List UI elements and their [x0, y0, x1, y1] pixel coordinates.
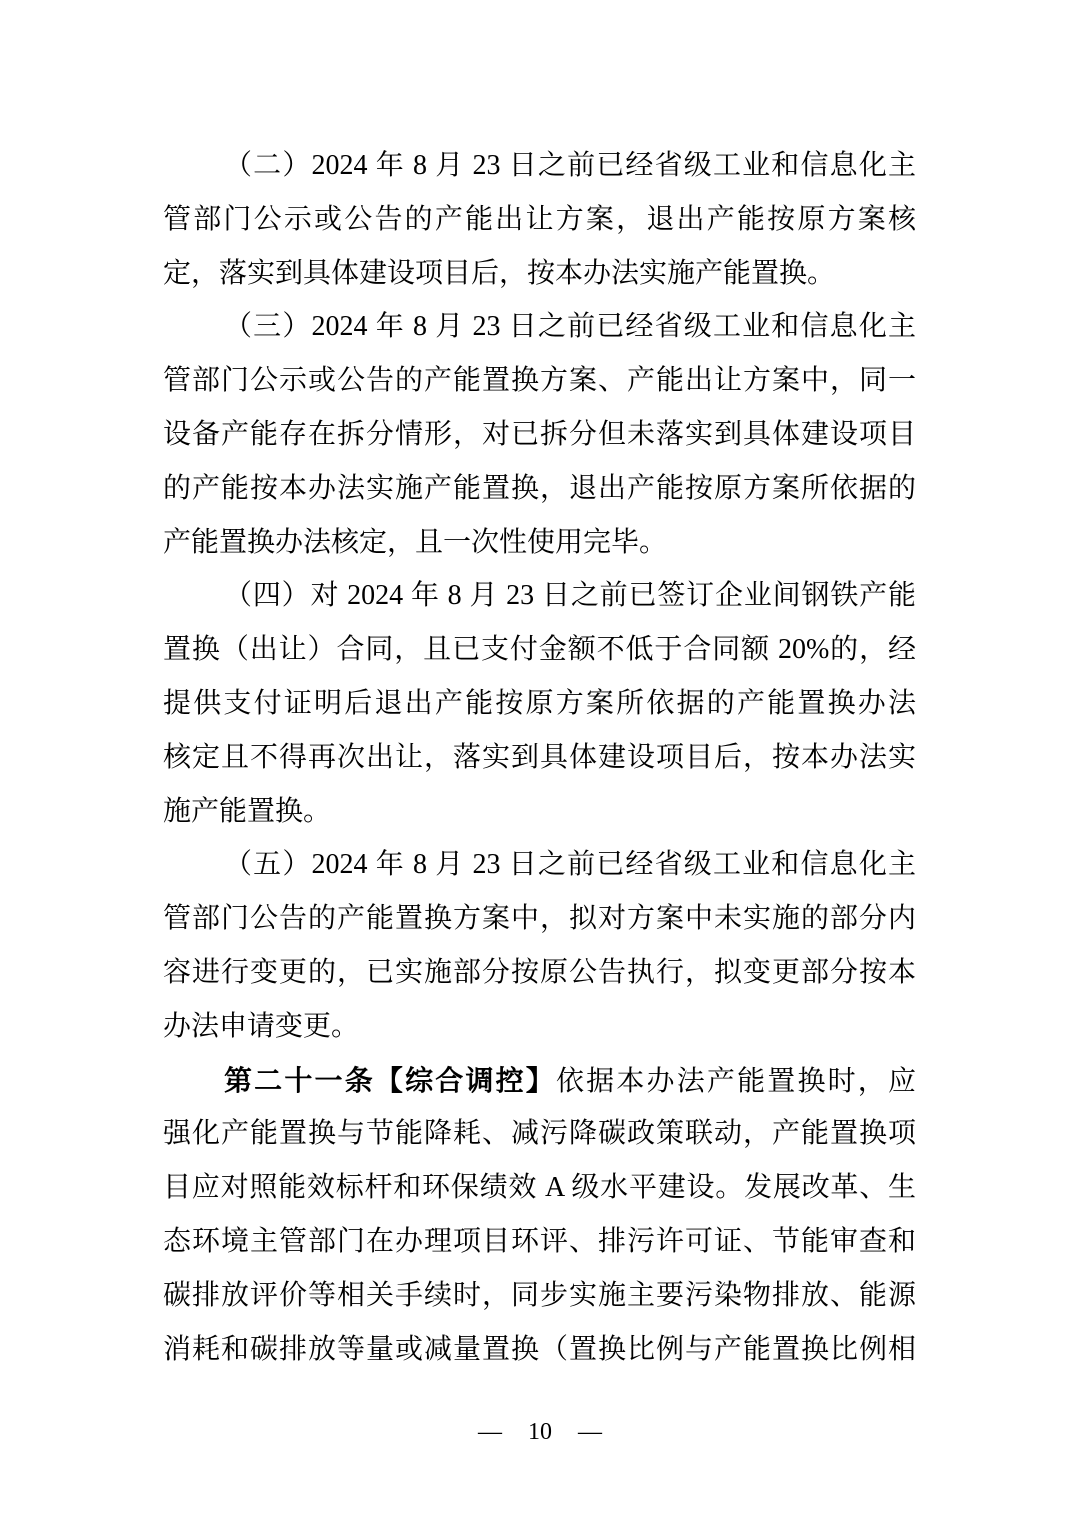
paragraph-line: 碳排放评价等相关手续时，同步实施主要污染物排放、能源 — [163, 1269, 916, 1323]
paragraph-line: 施产能置换。 — [163, 785, 916, 839]
paragraph-line: （五）2024 年 8 月 23 日之前已经省级工业和信息化主 — [163, 838, 916, 892]
paragraph-line: 目应对照能效标杆和环保绩效 A 级水平建设。发展改革、生 — [163, 1161, 916, 1215]
paragraph-line: 消耗和碳排放等量或减量置换（置换比例与产能置换比例相 — [163, 1323, 916, 1377]
page-number: 10 — [528, 1419, 552, 1446]
page-footer: —10— — [0, 1419, 1080, 1446]
paragraph-line: 置换（出让）合同，且已支付金额不低于合同额 20%的，经 — [163, 623, 916, 677]
paragraph-line: 第二十一条【综合调控】依据本办法产能置换时，应 — [163, 1054, 916, 1108]
paragraph-line: 容进行变更的，已实施部分按原公告执行，拟变更部分按本 — [163, 946, 916, 1000]
paragraph-line: 的产能按本办法实施产能置换，退出产能按原方案所依据的 — [163, 462, 916, 516]
paragraph-line: 办法申请变更。 — [163, 1000, 916, 1054]
paragraph-line: 定，落实到具体建设项目后，按本办法实施产能置换。 — [163, 247, 916, 301]
paragraph-line: 管部门公示或公告的产能出让方案，退出产能按原方案核 — [163, 193, 916, 247]
paragraph-line: （四）对 2024 年 8 月 23 日之前已签订企业间钢铁产能 — [163, 569, 916, 623]
paragraph-line: 设备产能存在拆分情形，对已拆分但未落实到具体建设项目 — [163, 408, 916, 462]
paragraph-line: （三）2024 年 8 月 23 日之前已经省级工业和信息化主 — [163, 300, 916, 354]
paragraph-line: （二）2024 年 8 月 23 日之前已经省级工业和信息化主 — [163, 139, 916, 193]
paragraph-line: 管部门公告的产能置换方案中，拟对方案中未实施的部分内 — [163, 892, 916, 946]
footer-dash-left: — — [478, 1419, 502, 1446]
article-heading: 第二十一条【综合调控】 — [224, 1065, 556, 1096]
document-body: （二）2024 年 8 月 23 日之前已经省级工业和信息化主 管部门公示或公告… — [163, 139, 916, 1376]
paragraph-line: 提供支付证明后退出产能按原方案所依据的产能置换办法 — [163, 677, 916, 731]
paragraph-line: 核定且不得再次出让，落实到具体建设项目后，按本办法实 — [163, 731, 916, 785]
document-page: （二）2024 年 8 月 23 日之前已经省级工业和信息化主 管部门公示或公告… — [0, 0, 1080, 1528]
paragraph-line: 管部门公示或公告的产能置换方案、产能出让方案中，同一 — [163, 354, 916, 408]
paragraph-line: 态环境主管部门在办理项目环评、排污许可证、节能审查和 — [163, 1215, 916, 1269]
paragraph-line: 产能置换办法核定，且一次性使用完毕。 — [163, 516, 916, 570]
paragraph-line-text: 依据本办法产能置换时，应 — [556, 1066, 916, 1097]
footer-dash-right: — — [578, 1419, 602, 1446]
paragraph-line: 强化产能置换与节能降耗、减污降碳政策联动，产能置换项 — [163, 1107, 916, 1161]
